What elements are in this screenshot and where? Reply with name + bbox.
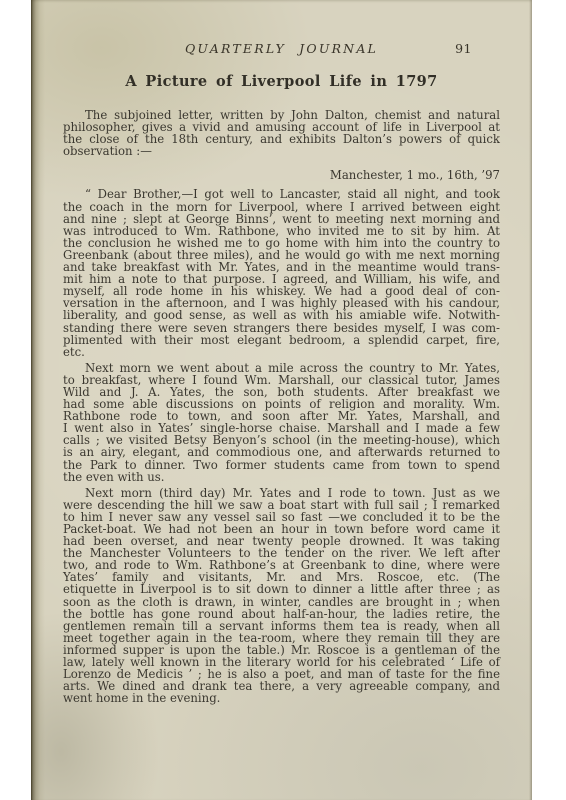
- text-line: plimented with their most elegant bedroo…: [63, 334, 500, 346]
- text-line: soon as the cloth is drawn, in winter, c…: [63, 596, 500, 608]
- letter-dateline: Manchester, 1 mo., 16th, ’97: [63, 169, 500, 181]
- paragraph: Next morn (third day) Mr. Yates and I ro…: [63, 487, 500, 705]
- text-line: standing there were seven strangers ther…: [63, 322, 500, 334]
- text-line: the even with us.: [63, 471, 500, 483]
- text-line: observation :—: [63, 145, 500, 157]
- paragraph: Next morn we went about a mile across th…: [63, 362, 500, 483]
- journal-title: QUARTERLY JOURNAL: [185, 41, 378, 56]
- page-edge-shadow-left: [31, 0, 45, 800]
- paragraph: The subjoined letter, written by John Da…: [63, 109, 500, 157]
- text-line: the Park to dinner. Two former students …: [63, 459, 500, 471]
- running-header: QUARTERLY JOURNAL 91: [63, 41, 500, 56]
- text-line: liberality, and good sense, as well as w…: [63, 309, 500, 321]
- journal-page: QUARTERLY JOURNAL 91 A Picture of Liverp…: [31, 0, 532, 800]
- text-line: “ Dear Brother,—I got well to Lancaster,…: [63, 188, 500, 200]
- text-line: is an airy, elegant, and commodious one,…: [63, 446, 500, 458]
- text-line: the bottle has gone round about half-an-…: [63, 608, 500, 620]
- text-line: etiquette in Liverpool is to sit down to…: [63, 583, 500, 595]
- article-title: A Picture of Liverpool Life in 1797: [63, 73, 500, 90]
- paragraph: “ Dear Brother,—I got well to Lancaster,…: [63, 188, 500, 357]
- article-body: The subjoined letter, written by John Da…: [63, 109, 500, 704]
- scanned-page-background: QUARTERLY JOURNAL 91 A Picture of Liverp…: [0, 0, 566, 800]
- text-line: etc.: [63, 346, 500, 358]
- text-line: went home in the evening.: [63, 692, 500, 704]
- page-edge-shadow-right: [529, 0, 532, 800]
- text-line: and nine ; slept at George Binns’, went …: [63, 213, 500, 225]
- page-number: 91: [455, 41, 472, 56]
- text-block: QUARTERLY JOURNAL 91 A Picture of Liverp…: [63, 0, 500, 704]
- text-line: the coach in the morn for Liverpool, whe…: [63, 201, 500, 213]
- text-line: Next morn (third day) Mr. Yates and I ro…: [63, 487, 500, 499]
